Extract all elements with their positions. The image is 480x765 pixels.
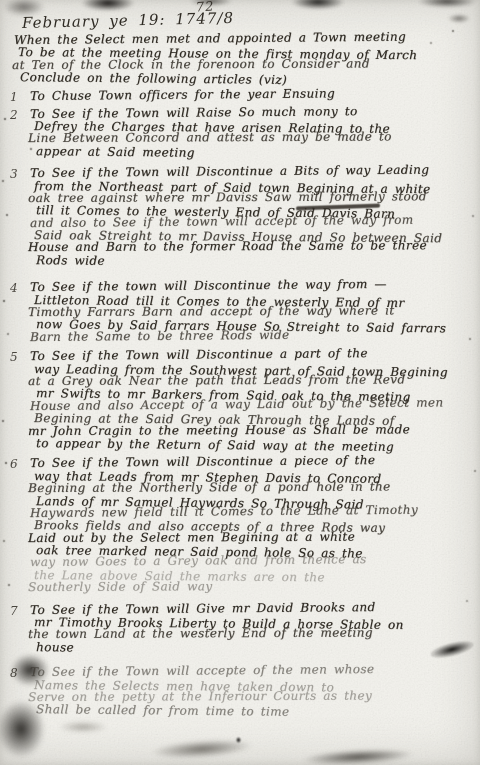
article-line: way now Goes to a Grey oak and from then… [30,553,476,569]
article-number: 2 [8,108,30,158]
preamble-line: When the Select men met and appointed a … [14,30,476,46]
article-lines: To See if the Town will Discontinue a pa… [30,350,476,449]
article-line: House and also Accept of a way Laid out … [30,396,476,412]
preamble: When the Select men met and appointed a … [14,34,476,84]
ink-dot [235,736,242,744]
manuscript-text: 72 February ye 19: 1747/8 When the Selec… [0,0,480,716]
article-line: to appear by the Return of Said way at t… [36,437,480,454]
article-lines: To See if the Town will accepte of the m… [30,666,476,716]
article-lines: To Chuse Town officers for the year Ensu… [30,90,476,104]
article-line: house [36,641,480,658]
article-line: Haywards new field till it Comes to the … [30,503,476,519]
article-number: 8 [8,666,30,716]
article-line: To See if the Town will Discontinue a pa… [30,346,476,362]
article-line: Southerly Side of Said way [28,579,474,593]
article-line: Barn the Same to be three Rods wide [30,327,476,343]
article-line: To See if the Town will accepte of the m… [30,662,476,678]
article-1: 1To Chuse Town officers for the year Ens… [8,90,476,104]
article-number: 3 [8,167,30,266]
article-line: To See if the Town will Discontinue a Bi… [30,163,476,179]
article-line: To See if the town will Discontinue the … [30,277,476,293]
article-line: mr John Cragin to the meeting House as S… [28,423,474,437]
article-4: 4To See if the town will Discontinue the… [8,281,476,343]
article-7: 7To See if the Town will Give mr David B… [8,604,476,654]
scan-smudge [52,720,114,734]
preamble-line: at Ten of the Clock in the forenoon to C… [12,57,474,71]
article-number: 6 [8,457,30,593]
date-heading: February ye 19: 1747/8 [22,3,476,32]
article-line: Rods wide [36,254,480,271]
article-line: Begining at the Northerly Side of a pond… [28,480,474,494]
scan-smudge [288,744,429,765]
article-line: oak tree against where mr Daviss Saw mil… [28,190,474,204]
article-number: 5 [8,350,30,449]
scanned-manuscript-page: 72 February ye 19: 1747/8 When the Selec… [0,0,480,765]
article-line: Laid out by the Select men Begining at a… [28,530,474,544]
article-lines: To See if the Town will Discontinue a pi… [30,457,476,593]
article-lines: To See if the town will Discontinue the … [30,281,476,343]
scan-smudge [137,734,266,765]
articles-list: 1To Chuse Town officers for the year Ens… [8,90,476,716]
article-5: 5To See if the Town will Discontinue a p… [8,350,476,449]
article-line: Serve on the petty at the Inferiour Cour… [28,689,474,703]
article-line: Shall be called for from time to time [36,703,480,720]
article-line: at a Grey oak Near the path that Leads f… [28,373,474,387]
article-line: Line Between Concord and attest as may b… [28,130,474,144]
article-lines: To See if the Town will Give mr David Br… [30,604,476,654]
article-line: To Chuse Town officers for the year Ensu… [30,86,476,102]
article-lines: To See if the Town will Raise So much mo… [30,108,476,158]
article-8: 8To See if the Town will accepte of the … [8,666,476,716]
article-2: 2To See if the Town will Raise So much m… [8,108,476,158]
article-number: 1 [8,90,30,104]
article-line: To See if the Town will Raise So much mo… [30,104,476,120]
article-line: House and Barn to the former Road the Sa… [28,240,474,254]
article-number: 7 [8,604,30,654]
article-line: Timothy Farrars Barn and accept of the w… [28,304,474,318]
article-3: 3To See if the Town will Discontinue a B… [8,167,476,266]
article-line: appear at Said meeting [36,145,480,162]
article-line: and also to See if the town will accept … [30,213,476,229]
article-6: 6To See if the Town will Discontinue a p… [8,457,476,593]
article-line: To See if the Town will Discontinue a pi… [30,453,476,469]
article-line: To See if the Town will Give mr David Br… [30,600,476,616]
article-lines: To See if the Town will Discontinue a Bi… [30,167,476,266]
article-number: 4 [8,281,30,343]
article-line: the town Land at the westerly End of the… [28,626,474,640]
